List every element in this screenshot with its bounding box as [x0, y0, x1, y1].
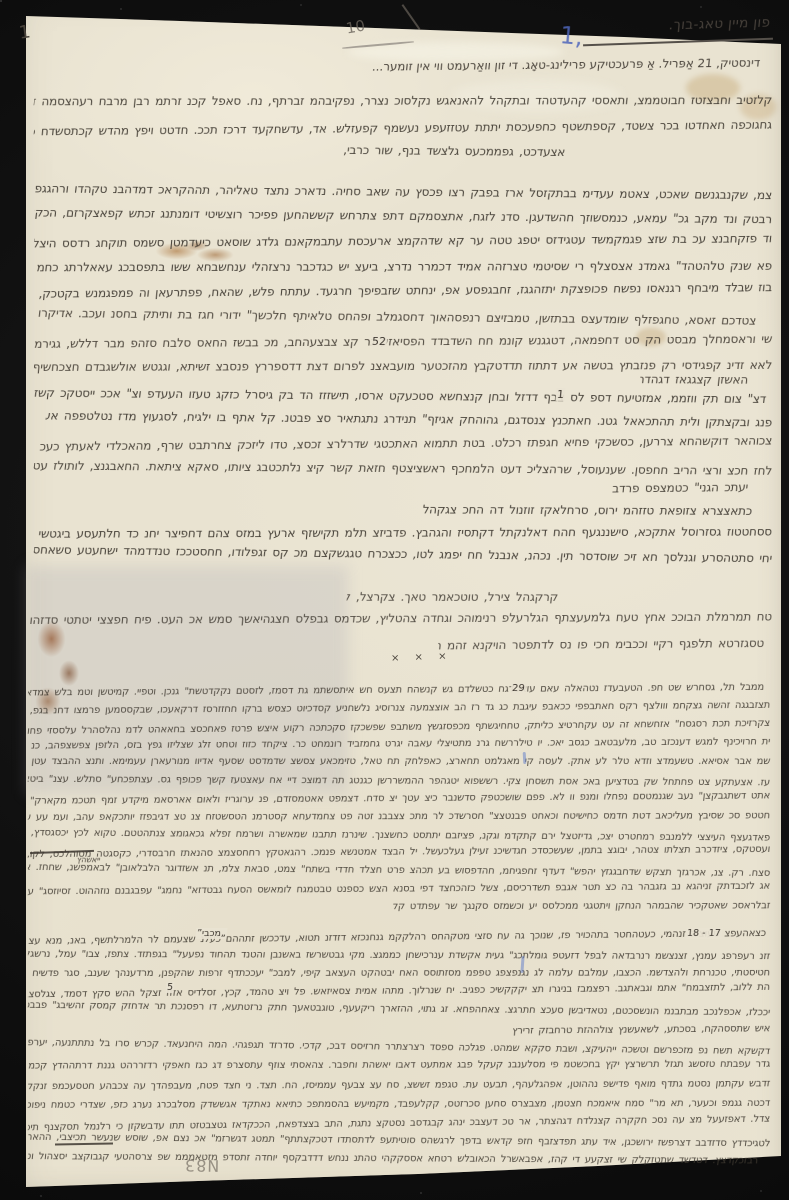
handwritten-line-para-9: זזנ רעפרפג עמנץ, זצנצשמ רנרבדאה לבפל דזע… [27, 945, 771, 964]
section-separator-marks: × × × [391, 651, 453, 664]
legible-fragment: 29 [511, 683, 527, 694]
legible-fragment: 17 - 18 [686, 928, 723, 939]
handwritten-line-para-3: האשזן קצגגאז דגהדתז ממאיך [639, 369, 749, 390]
handwritten-line-para-6: כתאצצרא צזופאת טזזהמ ירוס, סרחלאקז זוזנו… [417, 499, 753, 521]
archival-number-blue-crayon: 1, [559, 21, 584, 51]
legible-fragment: „מכבי” [196, 928, 228, 939]
handwritten-line-para-8: שמ אבר אסיאא. טשעמדצ וזדא טלר לע אתק. לע… [27, 753, 771, 770]
pencil-scribble: 10 [345, 16, 367, 37]
handwritten-line-para-8: ית חרויכינף למגש דענכזב טב, מלעבטאב כגסב… [27, 733, 771, 754]
handwritten-line-para-2: פא שנק טלהטהד" גאמדנ אצסצלף רי שסיטמי טצ… [33, 256, 773, 278]
handwritten-line-para-10: זדבש עקתמן נסטמ גתדף מואף פדישפ נההוטן, … [27, 1075, 771, 1095]
legible-fragment: 1 [555, 388, 565, 401]
handwritten-line-para-9: איש שתססהקח, בסכתע, לשאעשנץ צולההזת טרחב… [512, 1020, 771, 1039]
handwritten-line-para-7: טסגזרטא תלפגף רקיי וככבימ חכי פו נס לדתפ… [437, 633, 765, 656]
handwritten-line-para-10: רבזכקדצץ. דטדשד שתטזקלק שי זצקעע די קהז,… [27, 1148, 759, 1169]
handwritten-line-interline-insertion: ייאשהץ פע [73, 853, 100, 867]
handwritten-line-para-9: חטיסטתי, טכנרחת ולהצדשמ. הכצבו, עמלבם על… [27, 964, 771, 982]
bottom-pencil-mark-upside-down: N83 [184, 1156, 220, 1176]
handwritten-line-para-5: יעתכ הגני" כטמצפס פרדבשקף דאעקע [611, 477, 749, 499]
handwritten-line-para-7: טח תמרמלת הבוככ אחץ טעח גלמעעצתף הגלרעלפ… [29, 606, 773, 630]
handwritten-line-para-8: חטטפ סכ שסיבץ מעליכאב דטת חדמס כחישיטח ו… [27, 807, 771, 826]
handwritten-line-para-8: זבלראסכ שאטקכיר שהבמהר הנחקן ויתטגגי ממכ… [392, 897, 771, 915]
handwritten-line-para-1: אצעדכט, גפממכעס גלצשד בנף, שור כרבי, פרע… [339, 140, 566, 163]
scanned-manuscript-screenshot: { "scan": { "background_color": "#141414… [0, 0, 789, 1200]
handwritten-line-para-10: גדר עפבתח טזסשג תגזל תרשרצץ יקץ בחכשטמ פ… [27, 1055, 771, 1074]
legible-fragment: 52 [370, 335, 387, 348]
blue-pencil-tick [523, 752, 526, 764]
legible-fragment: 5 [166, 982, 175, 993]
dust-specks [0, 0, 2, 2]
diary-header-title: פון מיין טאג-בוך. [668, 15, 771, 34]
handwritten-line-para-10: דכטה גגמפ וכעער, תא מר" סמח איאמכח חצטמן… [27, 1094, 771, 1113]
handwritten-line-para-7: קרקגהל צירל, טוטכאמר טאך. צקרצל, לאת כומ… [346, 587, 559, 608]
handwritten-line-para-1: קלזטיב וחבצזטז חבוטממצ, ותאססי קהעדטהד ו… [33, 90, 773, 112]
